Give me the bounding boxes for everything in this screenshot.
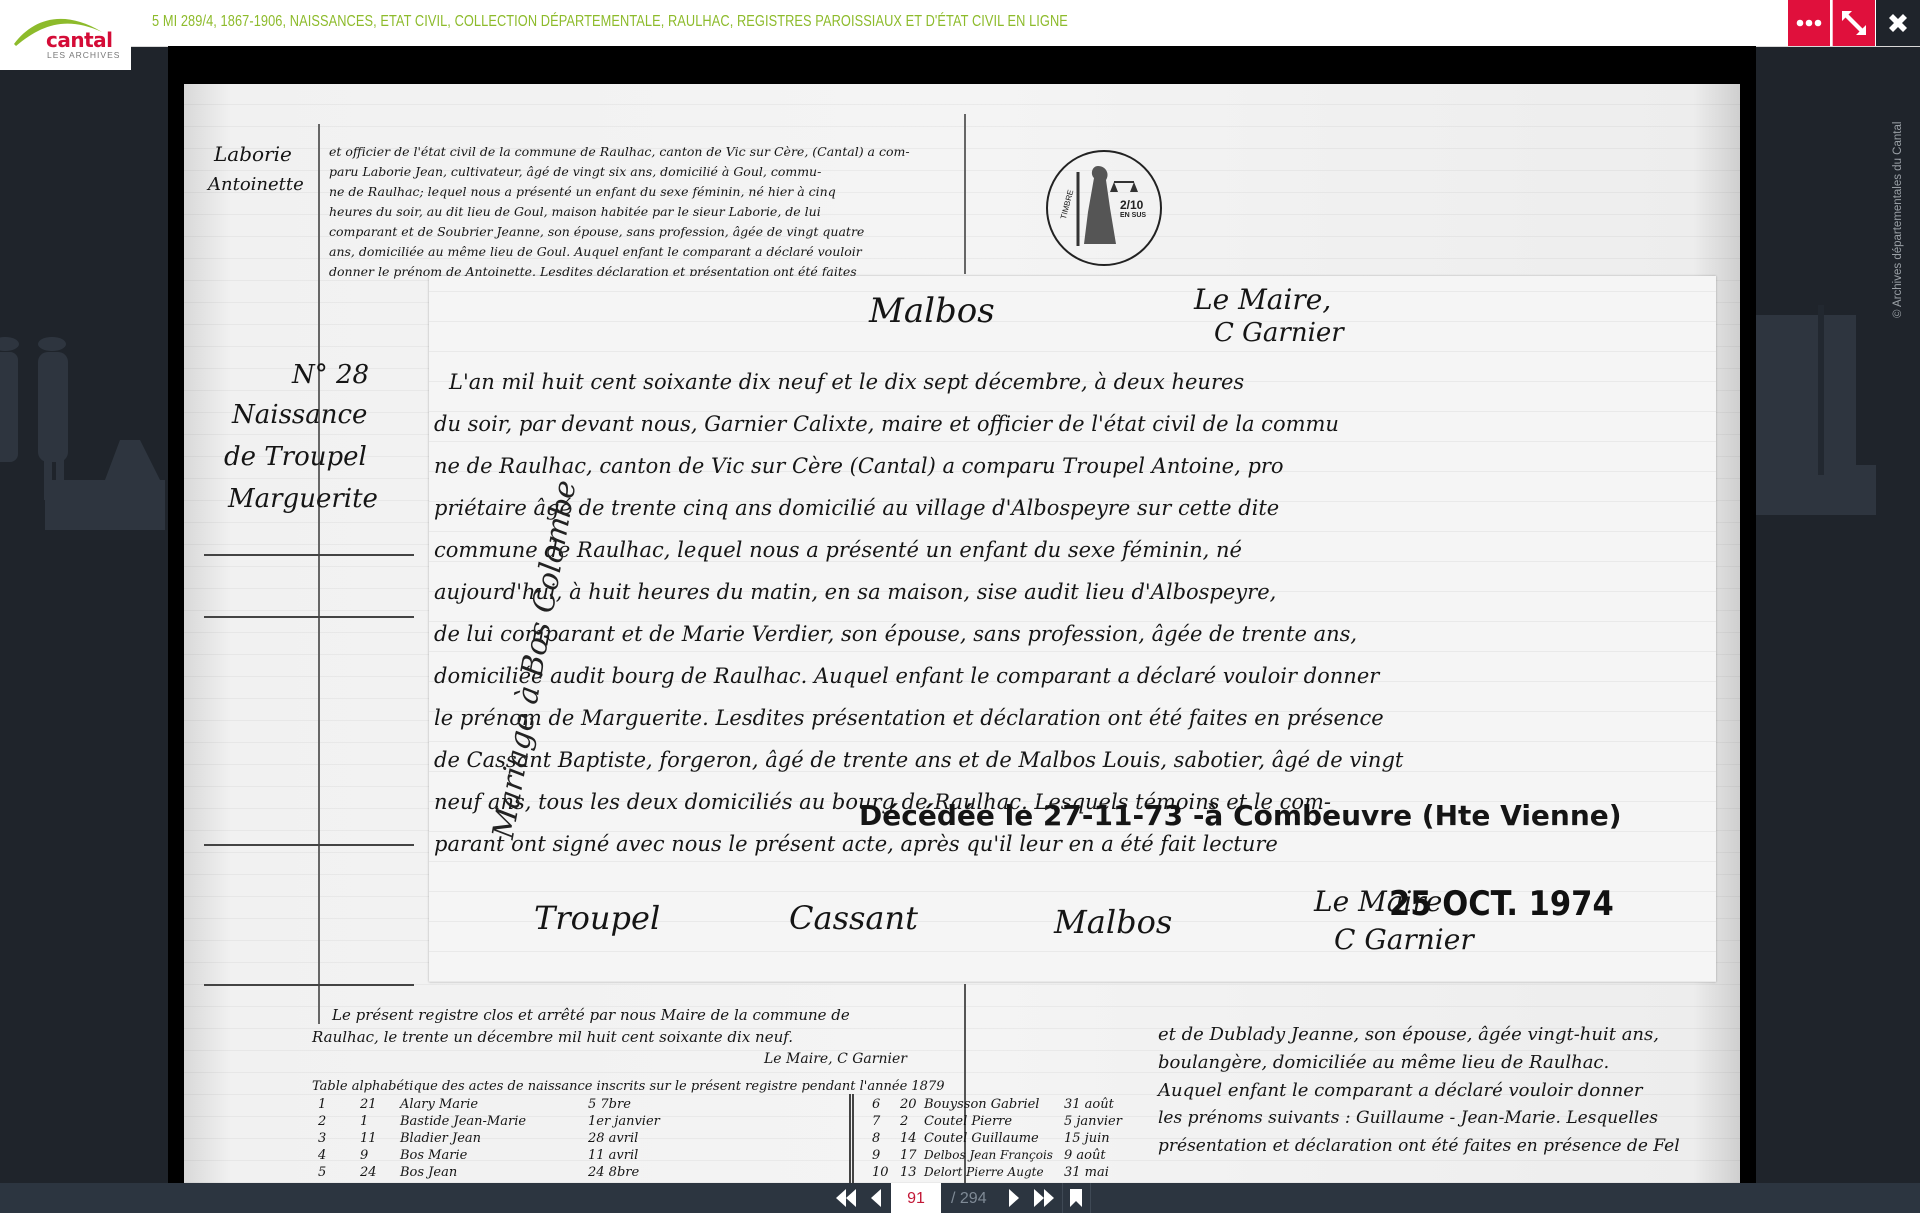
- margin-marriage-annotation: Mariage à Bos Colombe: [489, 478, 582, 841]
- copyright-notice: © Archives départementales du Cantal: [1892, 122, 1904, 318]
- bookmark-icon: [1070, 1189, 1082, 1207]
- header-mayor-title: Le Maire,: [1194, 286, 1331, 314]
- double-chevron-right-icon: [1033, 1189, 1055, 1207]
- cantal-archives-logo[interactable]: cantal LES ARCHIVES: [0, 0, 131, 70]
- top-bar: cantal LES ARCHIVES 5 MI 289/4, 1867-190…: [0, 0, 1920, 47]
- page-total: / 294: [951, 1183, 987, 1213]
- signature-mayor: C Garnier: [1334, 926, 1474, 954]
- signature-witness-1: Cassant: [789, 902, 918, 934]
- chevron-right-icon: [1008, 1189, 1020, 1207]
- main-act-sheet: Malbos Le Maire, C Garnier L'an mil huit…: [429, 276, 1716, 982]
- tax-stamp: 2/10 EN SUS TIMBRE: [1046, 150, 1162, 266]
- double-chevron-left-icon: [835, 1189, 857, 1207]
- next-page-button[interactable]: [1004, 1183, 1024, 1213]
- death-annotation: Décédée le 27-11-73 -à Combeuvre (Hte Vi…: [859, 802, 1622, 830]
- previous-page-button[interactable]: [866, 1183, 886, 1213]
- header-signature-witness: Malbos: [869, 294, 995, 328]
- first-page-button[interactable]: [832, 1183, 860, 1213]
- birth-index-table: 1 21 Alary Marie 5 7bre 2 1 Bastide Jean…: [312, 1098, 952, 1183]
- background-illustration-right: [1756, 295, 1876, 535]
- margin-name-surname: Laborie: [214, 144, 292, 164]
- signature-mayor-title: Le Maire: [1314, 888, 1442, 916]
- header-mayor-signature: C Garnier: [1214, 320, 1344, 346]
- logo-brand-text: cantal: [46, 28, 113, 52]
- act-number: N° 28: [292, 362, 369, 388]
- act-subject-firstname: Marguerite: [228, 486, 378, 512]
- margin-name-firstname: Antoinette: [208, 176, 304, 194]
- signature-witness-2: Malbos: [1054, 906, 1172, 938]
- expand-arrows-icon: [1840, 9, 1868, 37]
- act-type: Naissance: [232, 402, 367, 428]
- close-button[interactable]: [1876, 0, 1920, 46]
- chevron-left-icon: [870, 1189, 882, 1207]
- ellipsis-icon: [1796, 19, 1822, 27]
- document-viewer[interactable]: Laborie Antoinette et officier de l'état…: [168, 46, 1756, 1183]
- last-page-button[interactable]: [1030, 1183, 1058, 1213]
- scanned-register-page: Laborie Antoinette et officier de l'état…: [184, 84, 1740, 1183]
- signature-father: Troupel: [534, 902, 660, 934]
- fullscreen-button[interactable]: [1832, 0, 1875, 46]
- bookmark-button[interactable]: [1066, 1183, 1086, 1213]
- logo-subtitle: LES ARCHIVES: [47, 50, 120, 60]
- birth-index-title: Table alphabétique des actes de naissanc…: [312, 1080, 944, 1093]
- act-subject-surname: de Troupel: [224, 444, 367, 470]
- background-illustration-left: [0, 330, 170, 550]
- page-number-input[interactable]: [891, 1183, 941, 1213]
- close-x-icon: [1886, 11, 1910, 35]
- document-title: 5 MI 289/4, 1867-1906, NAISSANCES, ETAT …: [152, 13, 1068, 31]
- page-navigation-bar: / 294: [0, 1183, 1920, 1213]
- more-options-button[interactable]: [1788, 0, 1830, 46]
